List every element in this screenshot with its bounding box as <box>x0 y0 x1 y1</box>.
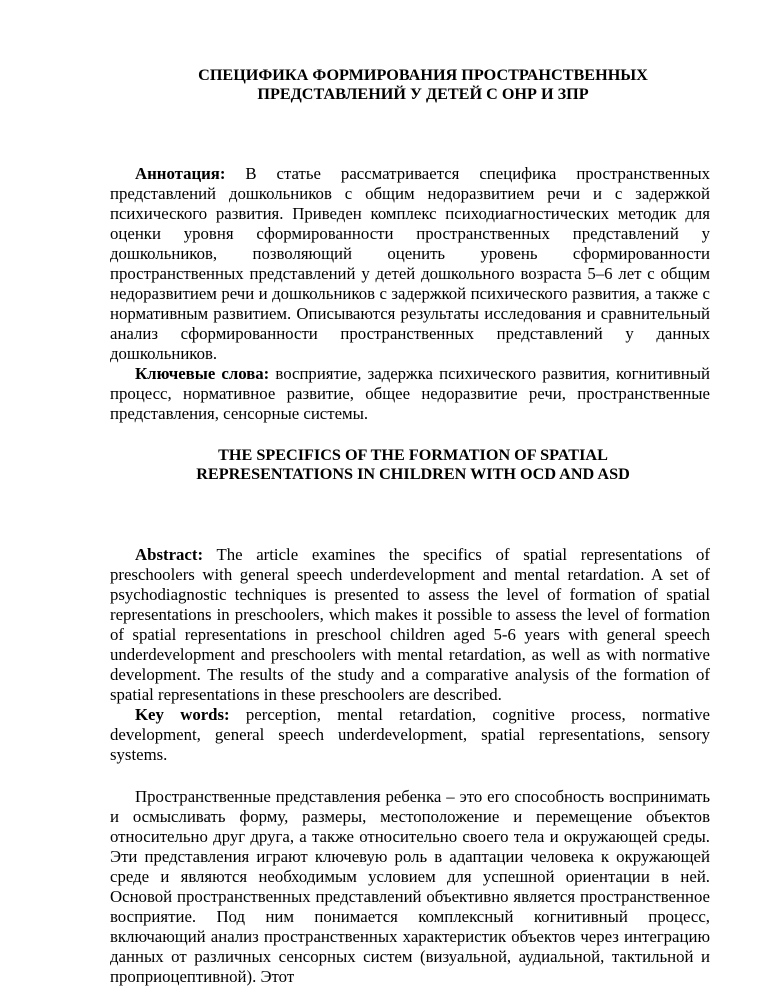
russian-keywords: Ключевые слова: восприятие, задержка пси… <box>110 364 710 424</box>
keywords-label-en: Key words: <box>135 705 230 724</box>
annotation-label: Аннотация: <box>135 164 225 183</box>
keywords-label-ru: Ключевые слова: <box>135 364 269 383</box>
english-title-line-1: THE SPECIFICS OF THE FORMATION OF SPATIA… <box>116 446 710 465</box>
document-page: СПЕЦИФИКА ФОРМИРОВАНИЯ ПРОСТРАНСТВЕННЫХ … <box>110 66 710 987</box>
russian-title-line-2: ПРЕДСТАВЛЕНИЙ У ДЕТЕЙ С ОНР И ЗПР <box>136 85 710 104</box>
russian-annotation: Аннотация: В статье рассматривается спец… <box>110 164 710 364</box>
english-keywords: Key words: perception, mental retardatio… <box>110 705 710 765</box>
russian-title-line-1: СПЕЦИФИКА ФОРМИРОВАНИЯ ПРОСТРАНСТВЕННЫХ <box>136 66 710 85</box>
english-abstract: Abstract: The article examines the speci… <box>110 545 710 705</box>
english-title: THE SPECIFICS OF THE FORMATION OF SPATIA… <box>110 446 710 483</box>
annotation-text: В статье рассматривается специфика прост… <box>110 164 710 363</box>
english-title-line-2: REPRESENTATIONS IN CHILDREN WITH OCD AND… <box>116 465 710 484</box>
body-paragraph: Пространственные представления ребенка –… <box>110 787 710 987</box>
russian-title: СПЕЦИФИКА ФОРМИРОВАНИЯ ПРОСТРАНСТВЕННЫХ … <box>110 66 710 103</box>
abstract-text: The article examines the specifics of sp… <box>110 545 710 704</box>
abstract-label: Abstract: <box>135 545 203 564</box>
